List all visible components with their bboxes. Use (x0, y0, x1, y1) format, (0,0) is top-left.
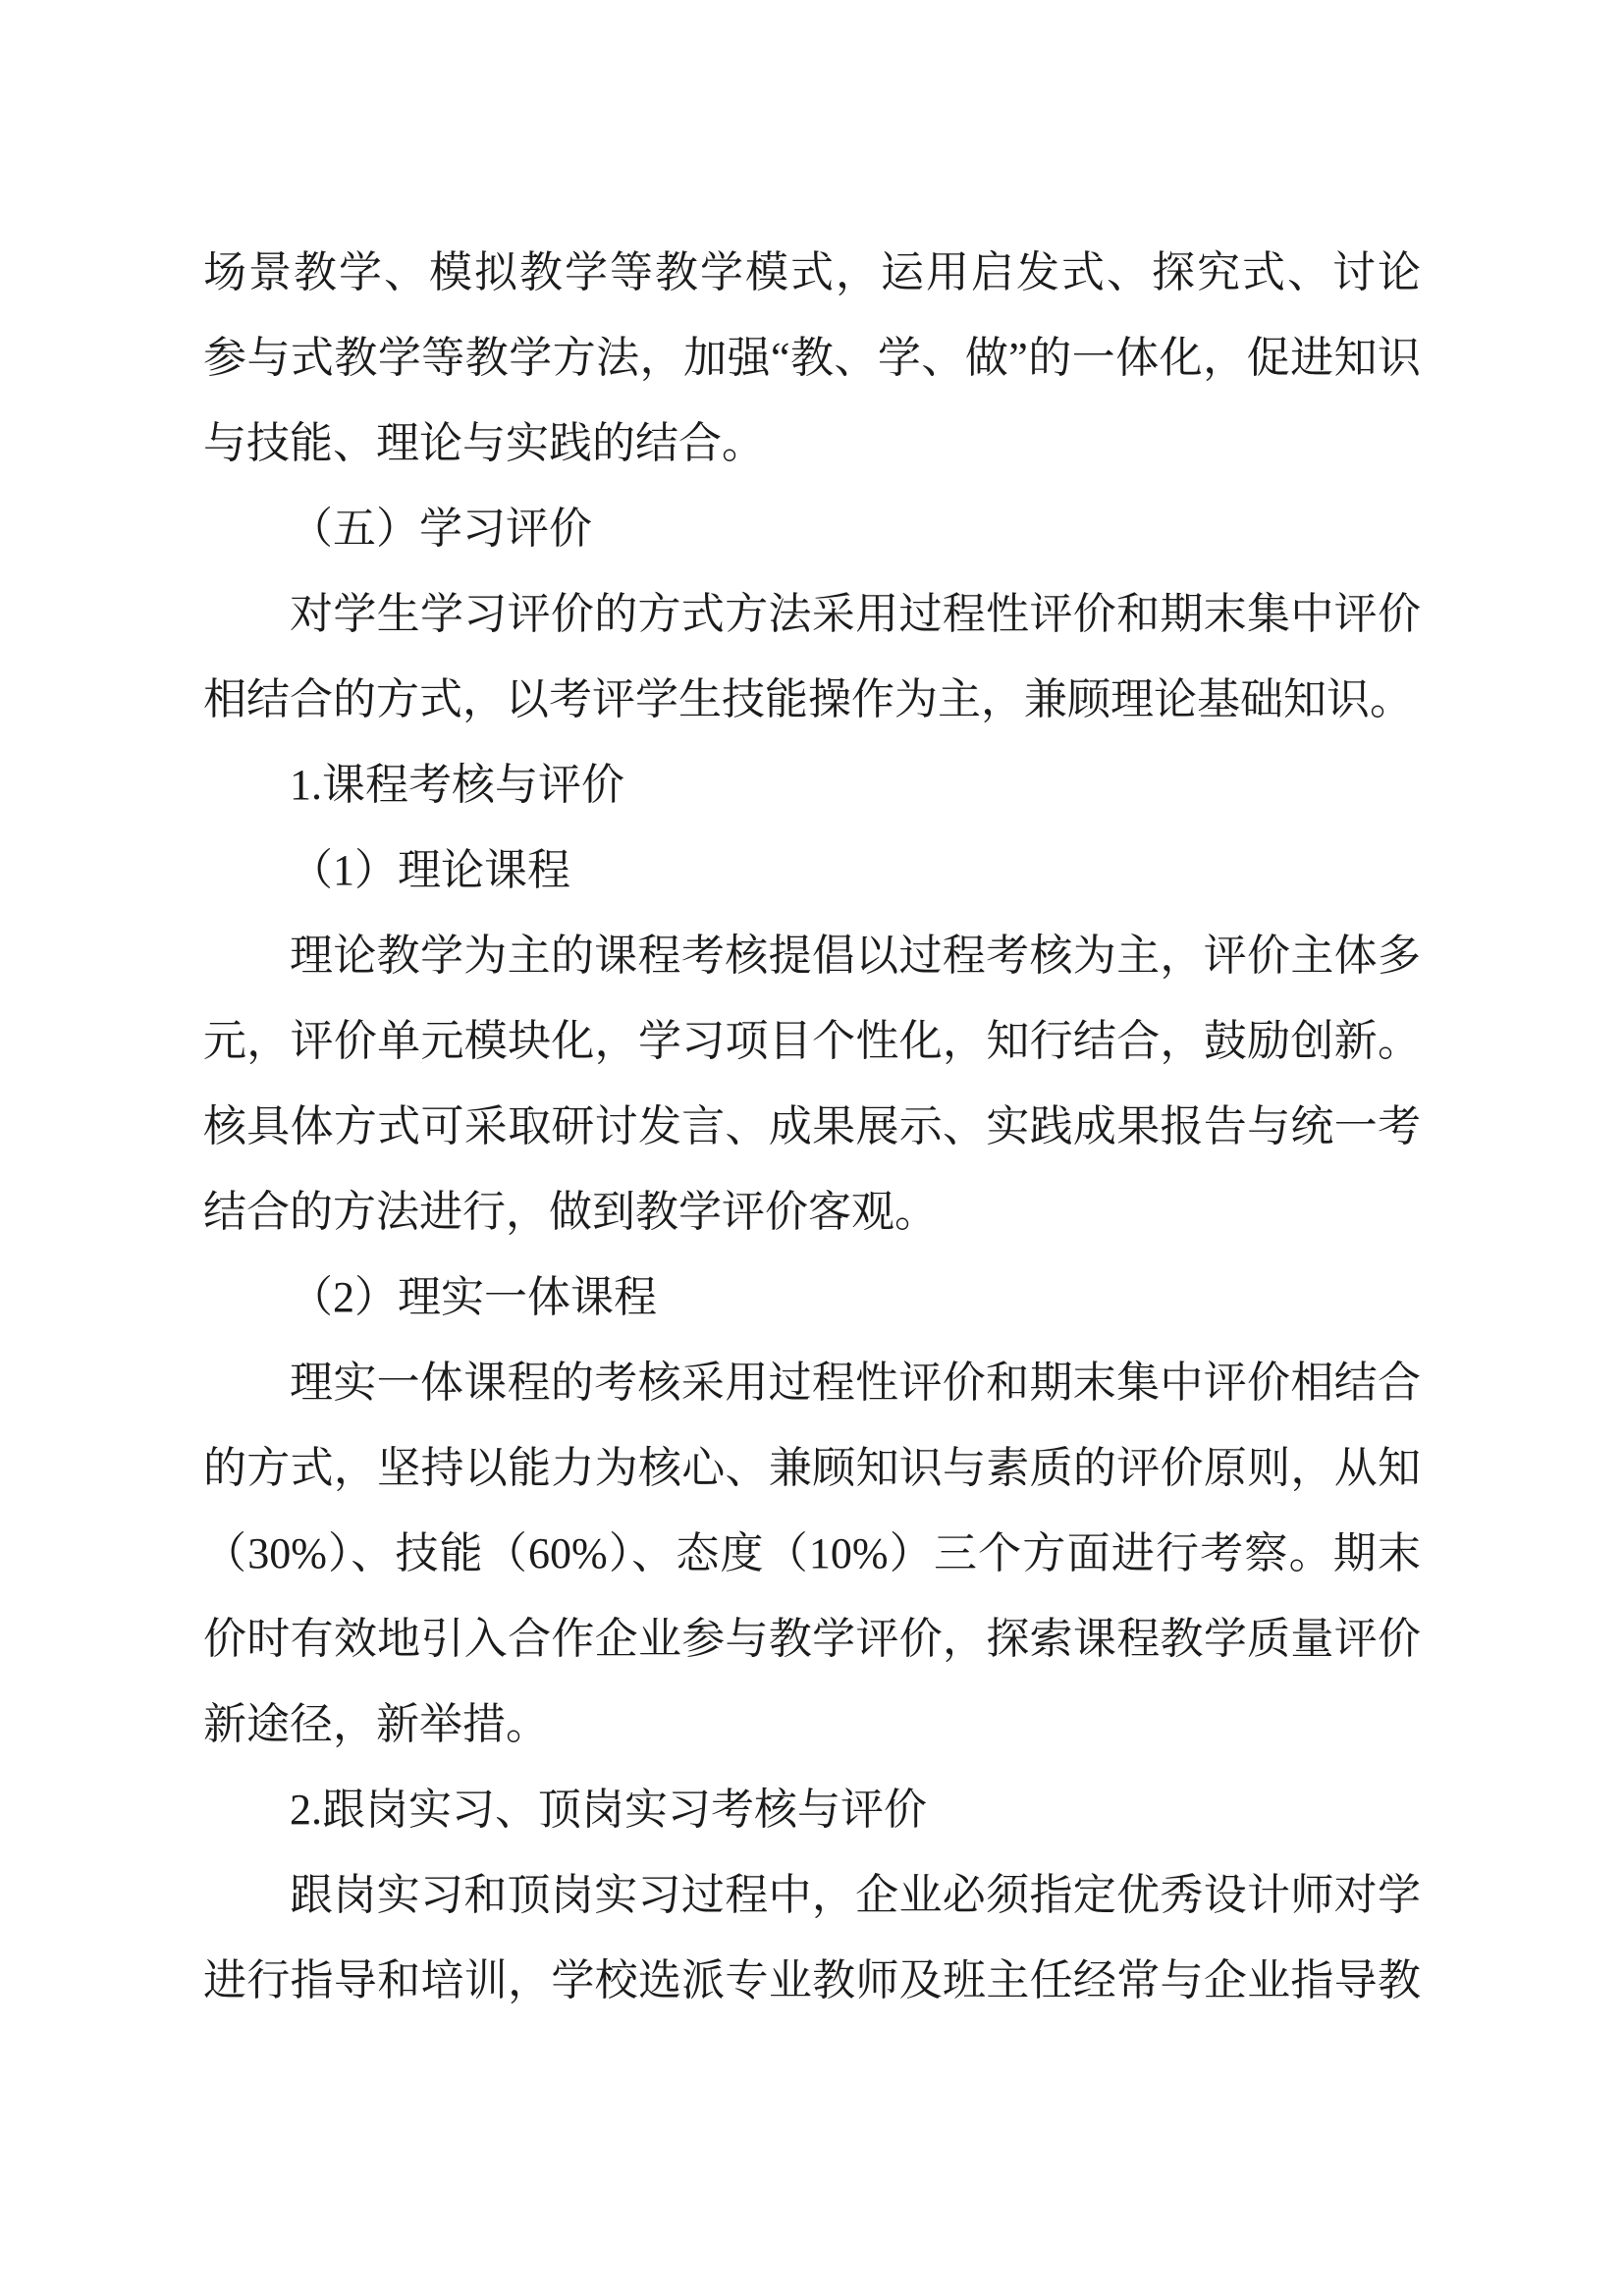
text-line: 相结合的方式，以考评学生技能操作为主，兼顾理论基础知识。 (203, 657, 1421, 742)
text-line: （30%）、技能（60%）、态度（10%）三个方面进行考察。期末集中评 (203, 1511, 1421, 1596)
text-line: 场景教学、模拟教学等教学模式，运用启发式、探究式、讨论式、 (203, 230, 1421, 315)
text-line: 与技能、理论与实践的结合。 (203, 400, 1421, 486)
text-line: 核具体方式可采取研讨发言、成果展示、实践成果报告与统一考试 (203, 1084, 1421, 1169)
sub-heading: （1）理论课程 (203, 828, 1421, 913)
section-heading: （五）学习评价 (203, 486, 1421, 571)
text-line: 理实一体课程的考核采用过程性评价和期末集中评价相结合 (203, 1340, 1421, 1425)
text-line: 理论教学为主的课程考核提倡以过程考核为主，评价主体多 (203, 913, 1421, 998)
text-line: 对学生学习评价的方式方法采用过程性评价和期末集中评价 (203, 571, 1421, 657)
sub-heading: 1.课程考核与评价 (203, 742, 1421, 828)
text-line: 元，评价单元模块化，学习项目个性化，知行结合，鼓励创新。考 (203, 998, 1421, 1084)
text-line: 进行指导和培训，学校选派专业教师及班主任经常与企业指导教师 (203, 1938, 1421, 2023)
text-line: 结合的方法进行，做到教学评价客观。 (203, 1169, 1421, 1255)
text-line: 价时有效地引入合作企业参与教学评价，探索课程教学质量评价的 (203, 1596, 1421, 1682)
sub-heading: （2）理实一体课程 (203, 1255, 1421, 1340)
text-line: 参与式教学等教学方法，加强“教、学、做”的一体化，促进知识 (203, 315, 1421, 400)
text-block: 场景教学、模拟教学等教学模式，运用启发式、探究式、讨论式、 参与式教学等教学方法… (203, 230, 1421, 2023)
text-line: 跟岗实习和顶岗实习过程中，企业必须指定优秀设计师对学生 (203, 1852, 1421, 1938)
text-line: 的方式，坚持以能力为核心、兼顾知识与素质的评价原则，从知识 (203, 1425, 1421, 1511)
sub-heading: 2.跟岗实习、顶岗实习考核与评价 (203, 1767, 1421, 1852)
document-page: 场景教学、模拟教学等教学模式，运用启发式、探究式、讨论式、 参与式教学等教学方法… (0, 0, 1624, 2296)
text-line: 新途径，新举措。 (203, 1682, 1421, 1767)
